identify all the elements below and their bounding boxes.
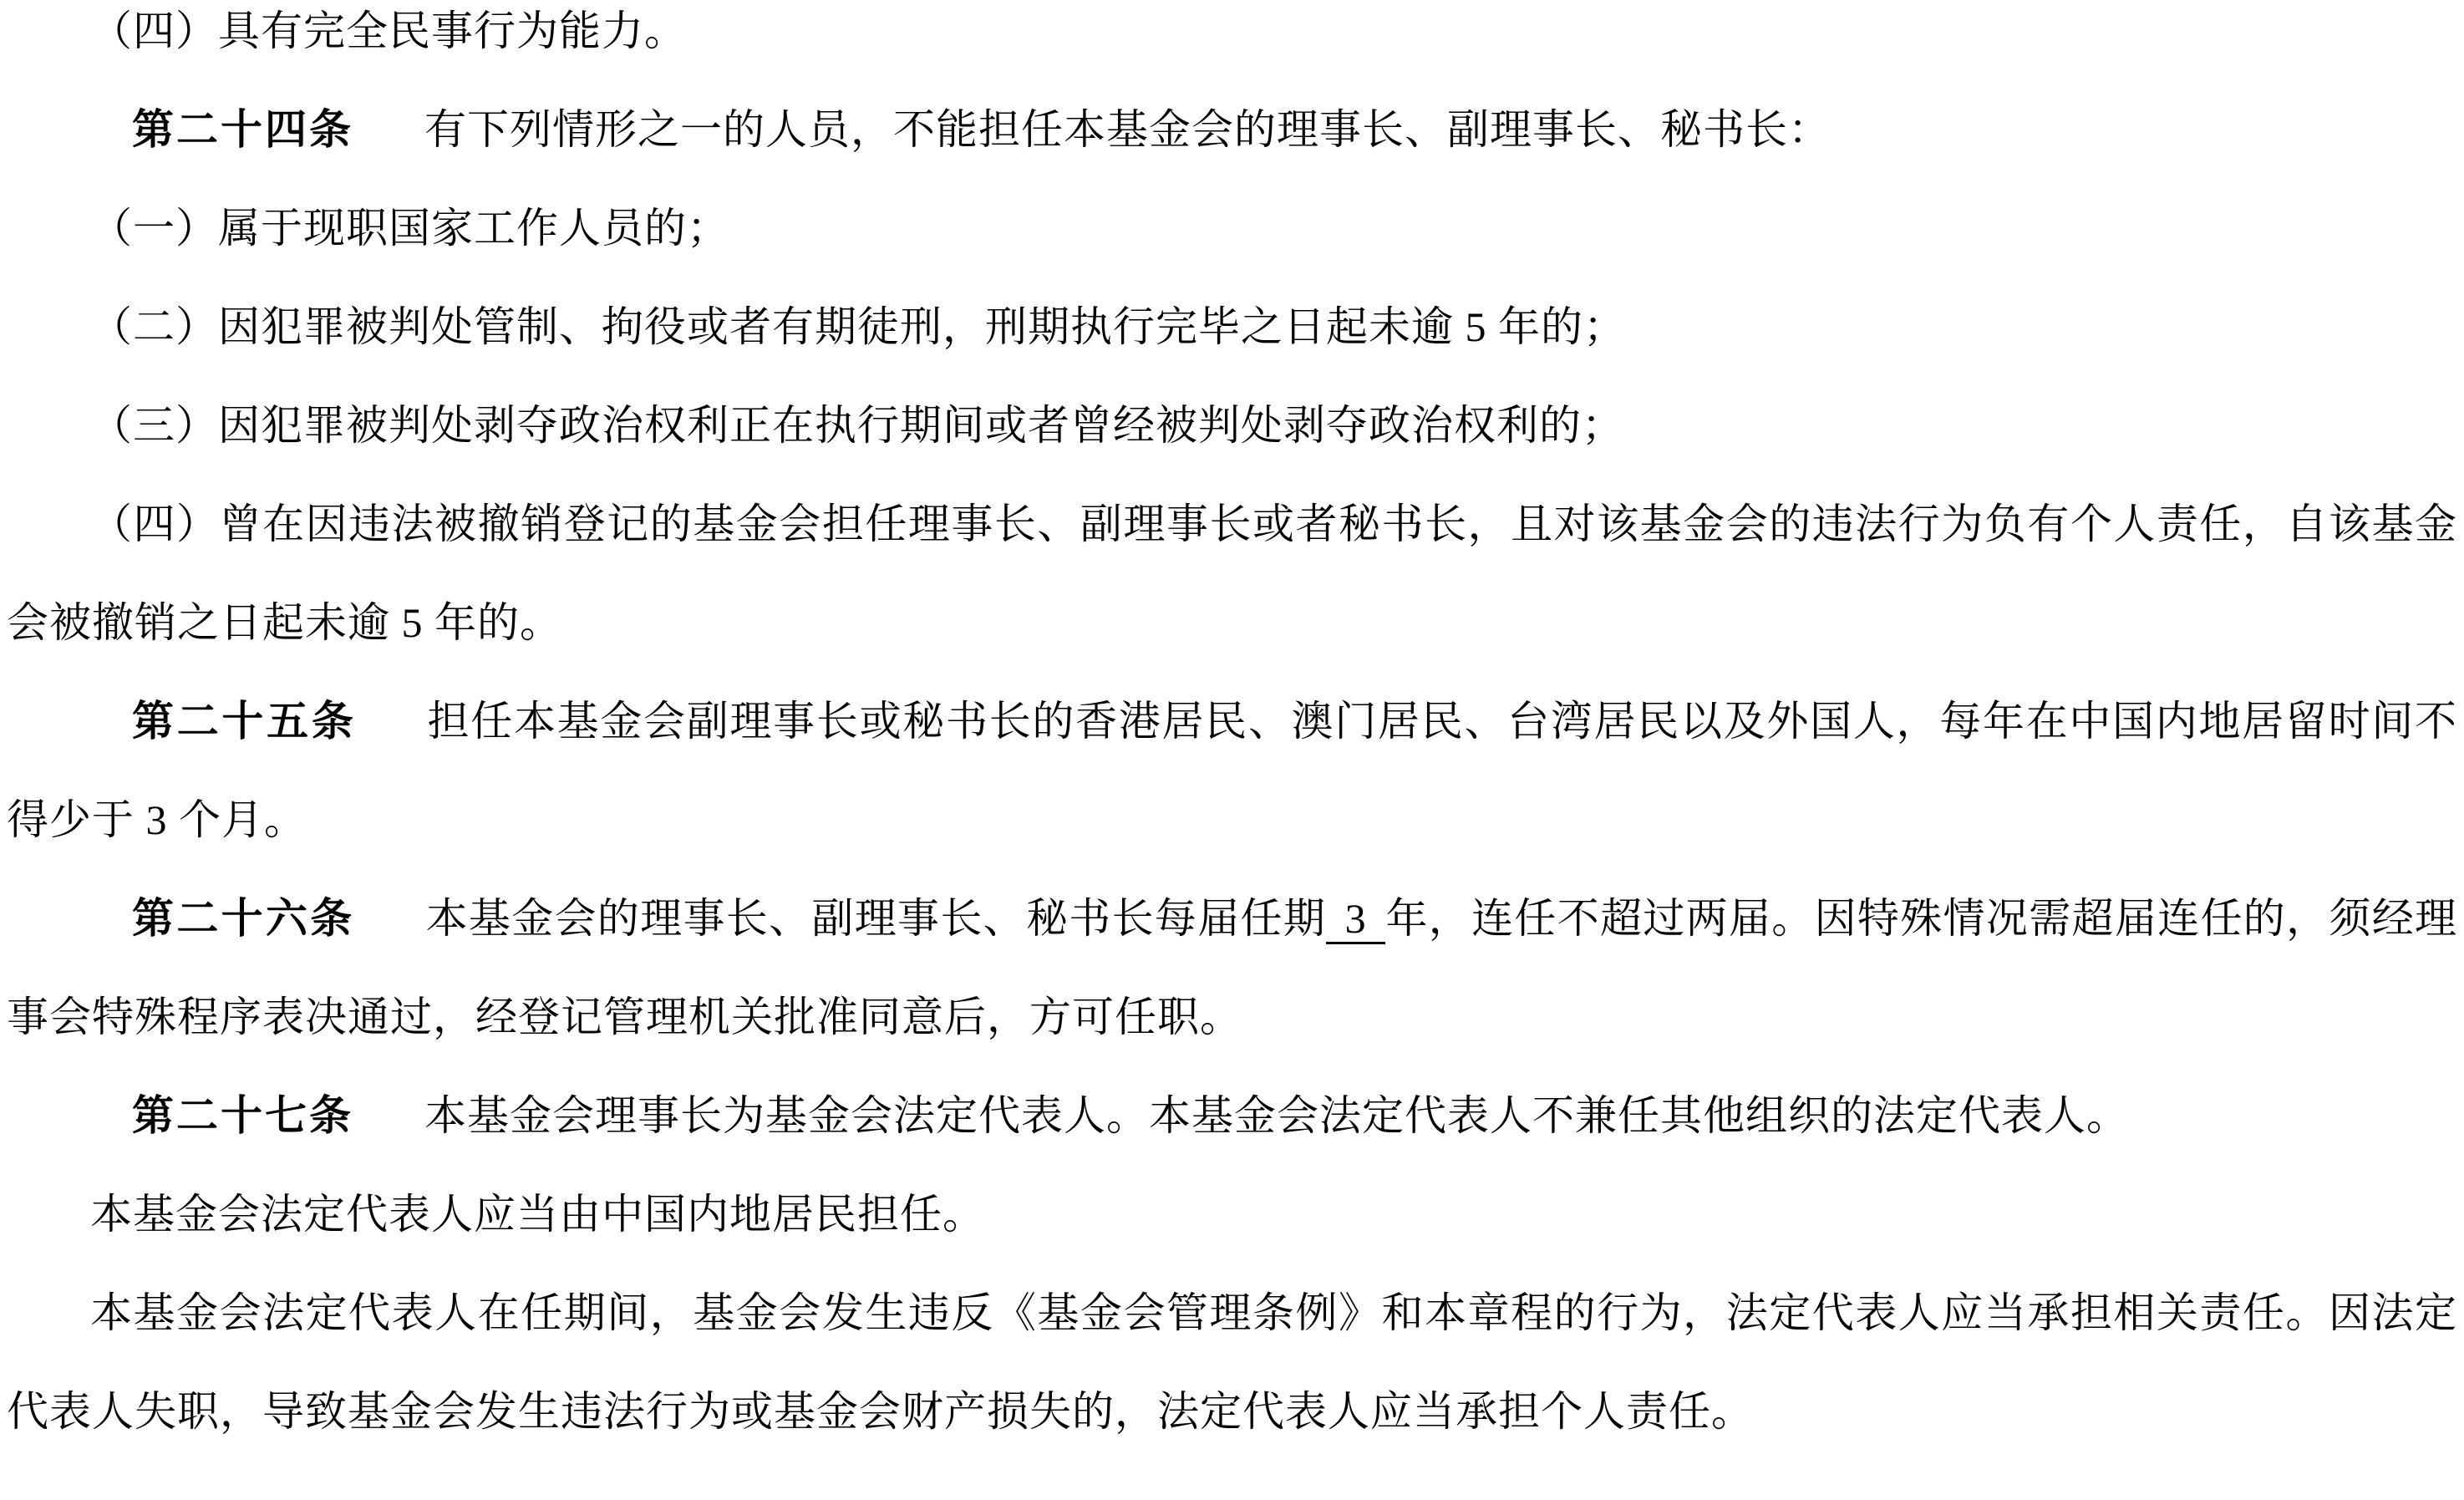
article-number: 第二十七条 [132, 1092, 353, 1139]
term-blank-underline: 3 [1326, 895, 1385, 944]
article-text-before-blank: 本基金会的理事长、副理事长、秘书长每届任期 [426, 895, 1327, 942]
article-text: 担任本基金会副理事长或秘书长的香港居民、澳门居民、台湾居民以及外国人，每年在中国… [7, 698, 2457, 843]
body-paragraph: （四）具有完全民事行为能力。 [7, 0, 2457, 80]
article-number: 第二十四条 [132, 106, 353, 153]
paragraph-text: （二）因犯罪被判处管制、拘役或者有期徒刑，刑期执行完毕之日起未逾 5 年的； [90, 303, 1626, 350]
paragraph-text: （四）具有完全民事行为能力。 [90, 8, 687, 54]
body-paragraph: （一）属于现职国家工作人员的； [7, 179, 2457, 277]
paragraph-text: （一）属于现职国家工作人员的； [90, 205, 729, 252]
article-text: 本基金会理事长为基金会法定代表人。本基金会法定代表人不兼任其他组织的法定代表人。 [424, 1092, 2129, 1139]
document-page: （四）具有完全民事行为能力。第二十四条有下列情形之一的人员，不能担任本基金会的理… [0, 0, 2464, 1461]
body-paragraph: （四）曾在因违法被撤销登记的基金会担任理事长、副理事长或者秘书长，且对该基金会的… [7, 475, 2457, 672]
paragraph-text: （四）曾在因违法被撤销登记的基金会担任理事长、副理事长或者秘书长，且对该基金会的… [7, 501, 2457, 646]
paragraph-text: 本基金会法定代表人应当由中国内地居民担任。 [90, 1191, 985, 1238]
paragraph-text: 本基金会法定代表人在任期间，基金会发生违反《基金会管理条例》和本章程的行为，法定… [7, 1289, 2457, 1435]
article-paragraph: 第二十四条有下列情形之一的人员，不能担任本基金会的理事长、副理事长、秘书长： [7, 80, 2457, 179]
article-number: 第二十五条 [132, 698, 357, 745]
article-paragraph: 第二十六条本基金会的理事长、副理事长、秘书长每届任期3年，连任不超过两届。因特殊… [7, 869, 2457, 1066]
article-number: 第二十六条 [132, 895, 355, 942]
article-paragraph: 第二十七条本基金会理事长为基金会法定代表人。本基金会法定代表人不兼任其他组织的法… [7, 1066, 2457, 1165]
body-paragraph: （二）因犯罪被判处管制、拘役或者有期徒刑，刑期执行完毕之日起未逾 5 年的； [7, 277, 2457, 376]
body-paragraph: 本基金会法定代表人在任期间，基金会发生违反《基金会管理条例》和本章程的行为，法定… [7, 1264, 2457, 1461]
paragraph-text: （三）因犯罪被判处剥夺政治权利正在执行期间或者曾经被判处剥夺政治权利的； [90, 402, 1624, 449]
body-paragraph: （三）因犯罪被判处剥夺政治权利正在执行期间或者曾经被判处剥夺政治权利的； [7, 376, 2457, 475]
article-paragraph: 第二十五条担任本基金会副理事长或秘书长的香港居民、澳门居民、台湾居民以及外国人，… [7, 672, 2457, 869]
body-paragraph: 本基金会法定代表人应当由中国内地居民担任。 [7, 1165, 2457, 1264]
article-text: 有下列情形之一的人员，不能担任本基金会的理事长、副理事长、秘书长： [424, 106, 1831, 153]
